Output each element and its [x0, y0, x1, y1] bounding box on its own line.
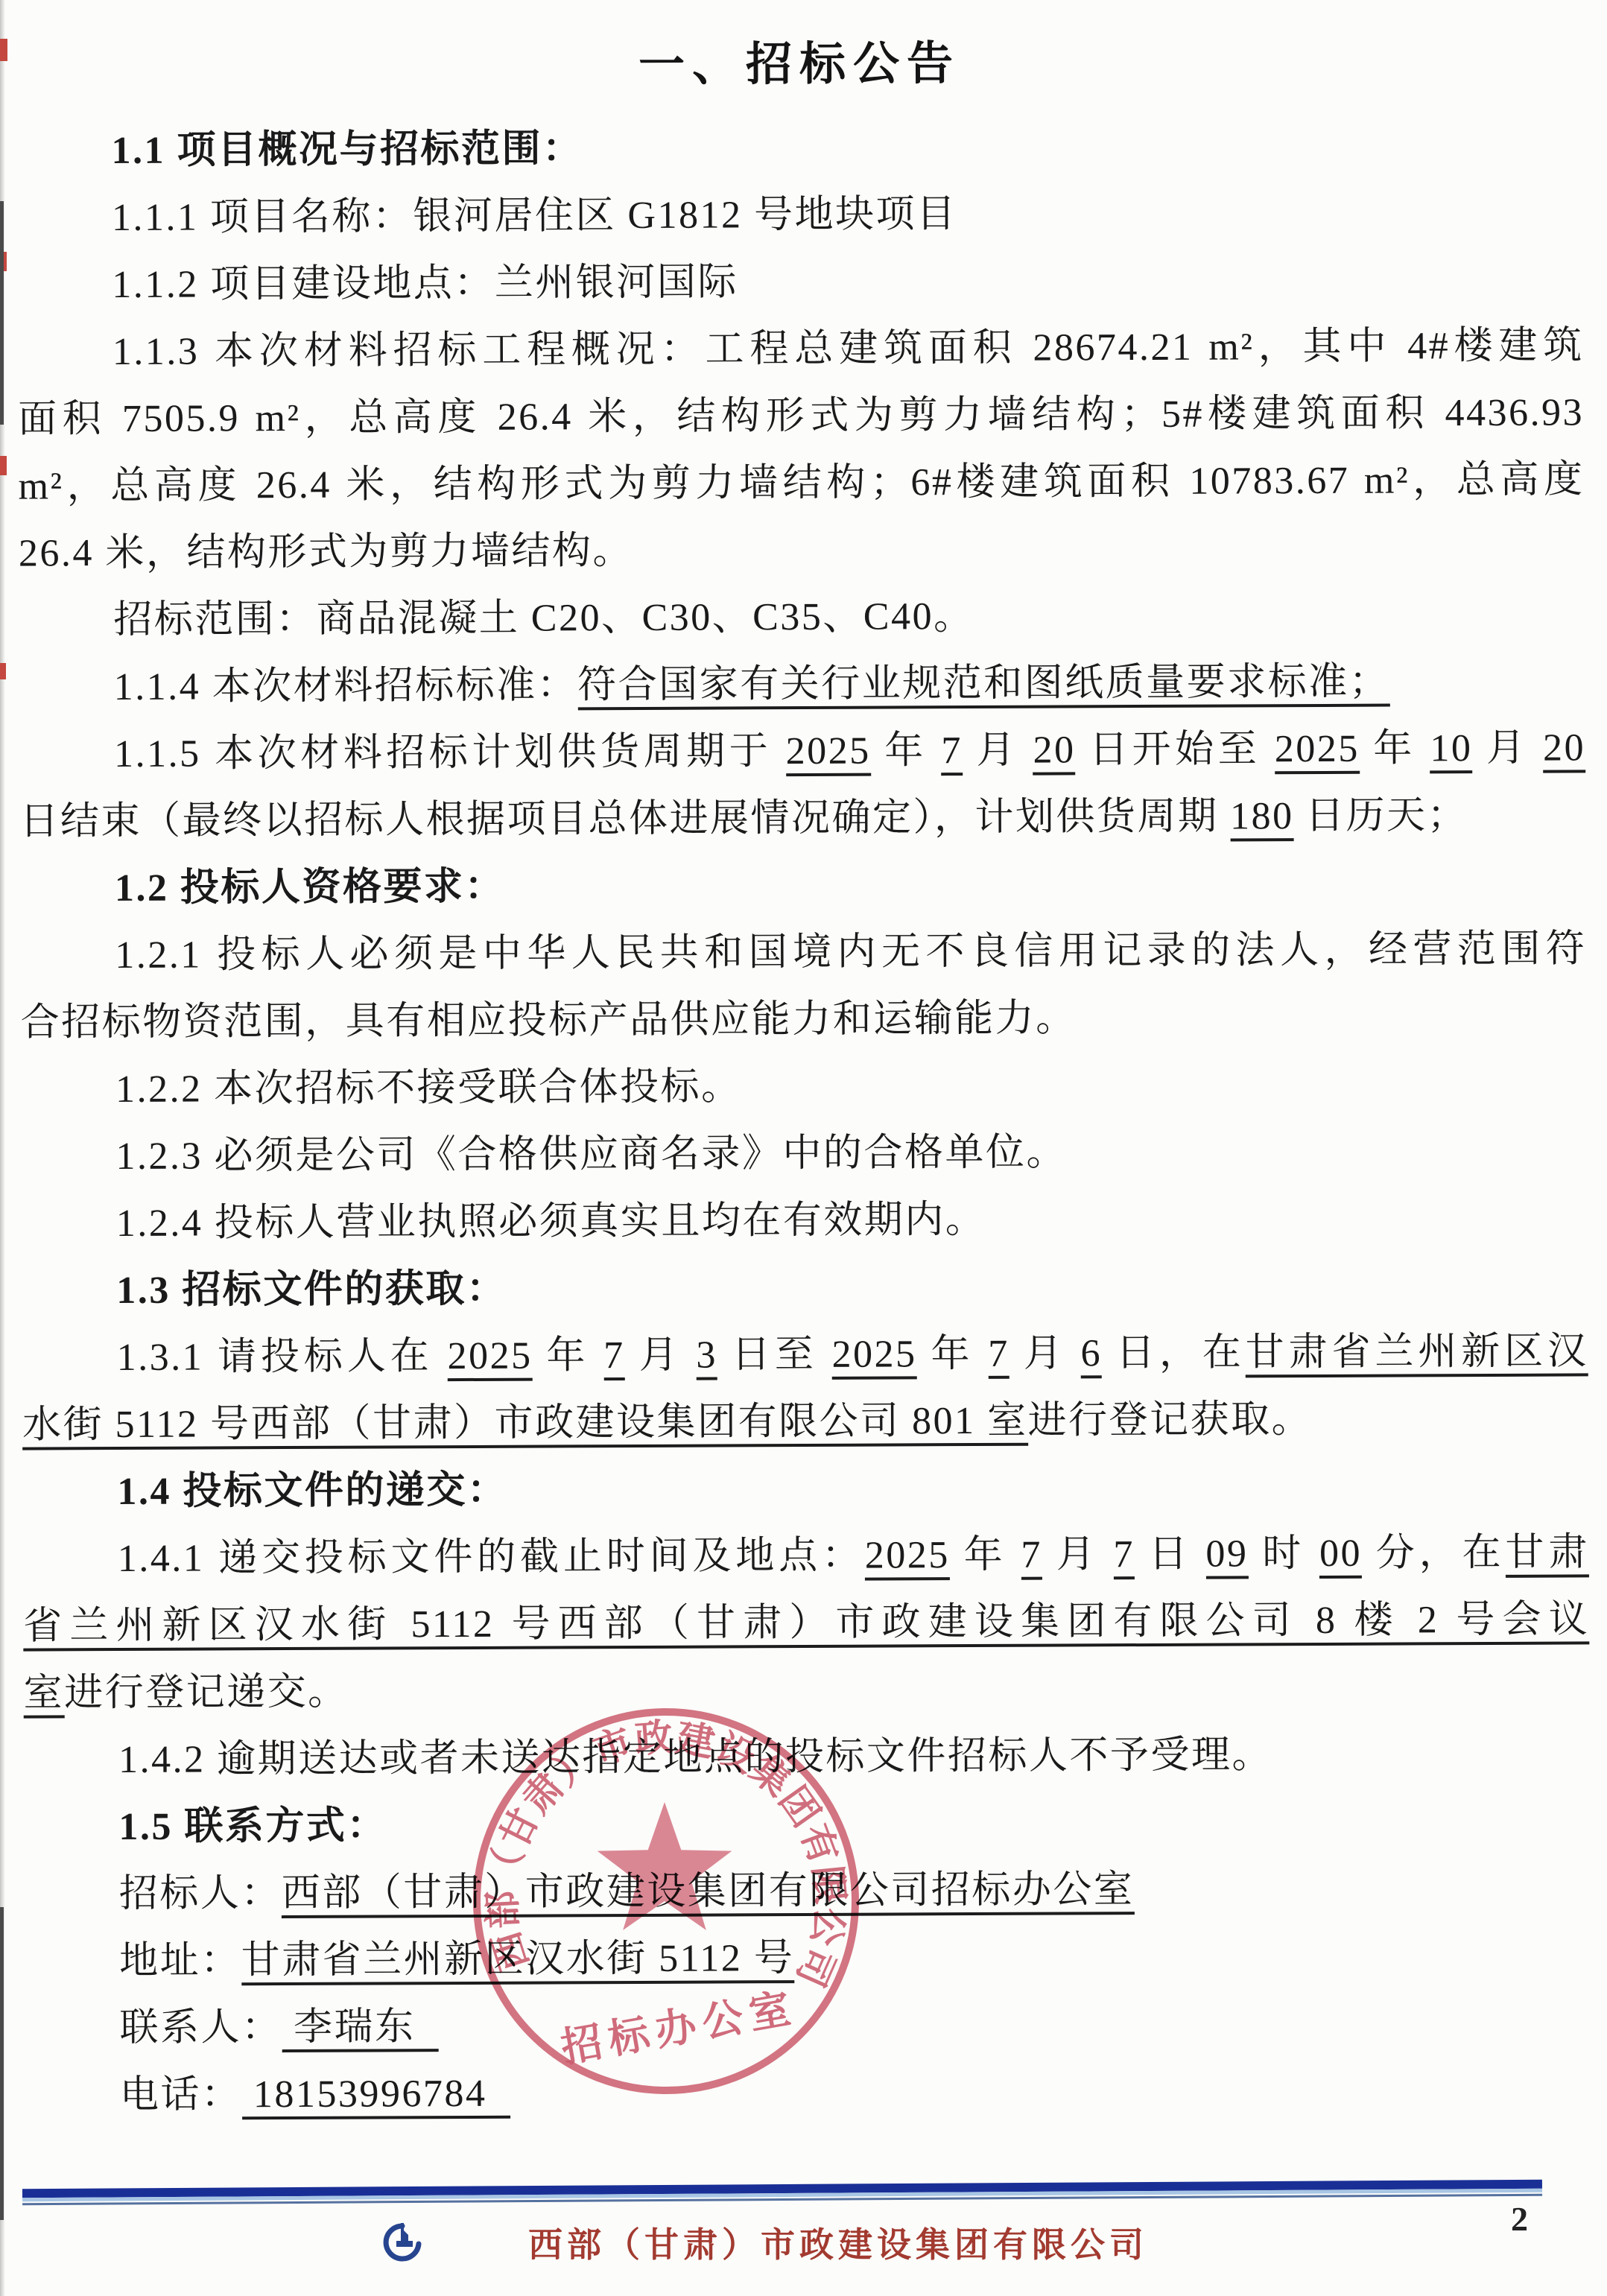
doc-line: 合招标物资范围，具有相应投标产品供应能力和运输能力。 — [20, 983, 1586, 1056]
field-label: 联系人： — [119, 2006, 282, 2049]
underlined-text-run: 甘肃省兰州新区汉 — [1246, 1330, 1588, 1377]
doc-line: 1.2.3 必须是公司《合格供应商名录》中的合格单位。 — [21, 1117, 1587, 1190]
doc-line: 1.4.1 递交投标文件的截止时间及地点：2025 年 7 月 7 日 09 时… — [23, 1519, 1589, 1593]
section-heading: 1.1 项目概况与招标范围： — [16, 111, 1582, 185]
underlined-text-run: 7 — [941, 729, 963, 776]
document-body: 1.1 项目概况与招标范围： 1.1.1 项目名称：银河居住区 G1812 号地… — [16, 111, 1591, 2129]
underlined-text-run: 7 — [1021, 1534, 1042, 1580]
text-run: 时 — [1248, 1532, 1319, 1575]
text-run: 分，在 — [1362, 1532, 1506, 1575]
text-run: 年 — [950, 1534, 1021, 1576]
text-run: 1.1 项目概况与招标范围： — [111, 127, 583, 172]
section-heading: 1.5 联系方式： — [24, 1787, 1590, 1861]
text-run: 月 — [625, 1334, 697, 1377]
doc-line: 招标范围：商品混凝土 C20、C30、C35、C40。 — [19, 580, 1585, 654]
text-run: 进行登记获取。 — [1027, 1398, 1312, 1442]
text-run: 1.1.1 项目名称：银河居住区 G1812 号地块项目 — [112, 193, 957, 239]
scan-artifact-red-tick — [0, 456, 7, 475]
text-run: 1.1.3 本次材料招标工程概况：工程总建筑面积 28674.21 m²，其中 … — [112, 324, 1584, 373]
contact-person-line: 联系人： 李瑞东 — [25, 1988, 1591, 2062]
underlined-text-run: 2025 — [447, 1335, 532, 1381]
text-run: 月 — [1009, 1332, 1081, 1374]
company-logo-icon — [378, 2219, 426, 2266]
section-heading: 1.4 投标文件的递交： — [22, 1452, 1588, 1526]
document-content: 一、招标公告 1.1 项目概况与招标范围： 1.1.1 项目名称：银河居住区 G… — [16, 23, 1591, 2129]
text-run: 日至 — [717, 1333, 832, 1377]
doc-line: 1.1.4 本次材料招标标准：符合国家有关行业规范和图纸质量要求标准； — [19, 647, 1585, 721]
scan-artifact-red-tick — [0, 39, 7, 61]
field-label: 电话： — [120, 2073, 242, 2116]
text-run: 月 — [963, 729, 1033, 772]
contact-phone-line: 电话： 18153996784 — [25, 2055, 1591, 2129]
text-run: 月 — [1472, 727, 1543, 770]
doc-line: 1.2.2 本次招标不接受联合体投标。 — [21, 1050, 1587, 1123]
doc-line: 面积 7505.9 m²，总高度 26.4 米，结构形式为剪力墙结构；5#楼建筑… — [18, 379, 1584, 453]
underlined-text-run: 00 — [1319, 1532, 1362, 1579]
underlined-text-run: 水街 5112 号西部（甘肃）市政建设集团有限公司 801 室 — [22, 1400, 1028, 1450]
underlined-text-run: 符合国家有关行业规范和图纸质量要求标准； — [577, 661, 1389, 711]
text-run: 日历天； — [1293, 794, 1468, 837]
text-run: 进行登记递交。 — [64, 1671, 349, 1715]
underlined-text-run: 西部（甘肃）市政建设集团有限公司招标办公室 — [282, 1868, 1135, 1918]
scanned-document-page: 一、招标公告 1.1 项目概况与招标范围： 1.1.1 项目名称：银河居住区 G… — [0, 0, 1607, 2296]
text-run: 日，在 — [1102, 1331, 1246, 1374]
text-run: 1.2.4 投标人营业执照必须真实且均在有效期内。 — [116, 1199, 986, 1245]
doc-line: 1.3.1 请投标人在 2025 年 7 月 3 日至 2025 年 7 月 6… — [22, 1318, 1588, 1392]
underlined-text-run: 2025 — [1275, 728, 1360, 774]
text-run: 1.2.1 投标人必须是中华人民共和国境内无不良信用记录的法人，经营范围符 — [115, 927, 1586, 977]
underlined-text-run: 7 — [603, 1334, 625, 1380]
contact-tenderer-line: 招标人：西部（甘肃）市政建设集团有限公司招标办公室 — [25, 1854, 1591, 1928]
text-run: 1.4.2 逾期送达或者未送达指定地点的投标文件招标人不予受理。 — [118, 1734, 1272, 1781]
underlined-text-run: 20 — [1033, 729, 1075, 775]
text-run: 26.4 米，结构形式为剪力墙结构。 — [19, 530, 633, 575]
underlined-text-run: 2025 — [786, 730, 871, 776]
text-run: 年 — [916, 1333, 988, 1375]
underlined-text-run: 7 — [1113, 1533, 1135, 1579]
doc-line: 1.1.3 本次材料招标工程概况：工程总建筑面积 28674.21 m²，其中 … — [18, 312, 1584, 386]
text-run: 1.4.1 递交投标文件的截止时间及地点： — [118, 1535, 865, 1580]
underlined-text-run: 180 — [1230, 795, 1294, 841]
underlined-text-run: 7 — [988, 1333, 1009, 1379]
doc-line: 室进行登记递交。 — [23, 1653, 1589, 1727]
underlined-text-run: 2025 — [831, 1333, 916, 1379]
section-heading: 1.3 招标文件的获取： — [22, 1251, 1588, 1325]
scan-artifact-dark-edge — [0, 201, 4, 425]
doc-line: 26.4 米，结构形式为剪力墙结构。 — [19, 513, 1585, 587]
doc-line: 日结束（最终以招标人根据项目总体进展情况确定），计划供货周期 180 日历天； — [19, 781, 1585, 855]
underlined-text-run: 18153996784 — [241, 2073, 510, 2120]
text-run: 1.1.5 本次材料招标计划供货周期于 — [114, 730, 786, 776]
text-run: 1.3 招标文件的获取： — [116, 1268, 507, 1312]
field-label: 地址： — [119, 1939, 241, 1982]
text-run: 1.1.4 本次材料招标标准： — [114, 664, 578, 708]
text-run: 年 — [871, 729, 942, 772]
underlined-text-run: 省兰州新区汉水街 5112 号西部（甘肃）市政建设集团有限公司 8 楼 2 号会… — [23, 1598, 1589, 1651]
doc-line: 1.2.4 投标人营业执照必须真实且均在有效期内。 — [22, 1184, 1588, 1258]
text-run: 1.5 联系方式： — [118, 1804, 387, 1848]
underlined-text-run: 甘肃省兰州新区汉水街 5112 号 — [241, 1937, 795, 1985]
text-run: m²，总高度 26.4 米，结构形式为剪力墙结构；6#楼建筑面积 10783.6… — [18, 458, 1584, 507]
text-run: 日开始至 — [1075, 728, 1275, 771]
text-run: 1.2.2 本次招标不接受联合体投标。 — [115, 1065, 742, 1111]
text-run: 1.2.3 必须是公司《合格供应商名录》中的合格单位。 — [115, 1131, 1067, 1178]
doc-line: m²，总高度 26.4 米，结构形式为剪力墙结构；6#楼建筑面积 10783.6… — [18, 446, 1584, 520]
text-run: 日结束（最终以招标人根据项目总体进展情况确定），计划供货周期 — [19, 796, 1230, 843]
scan-artifact-red-tick — [0, 663, 6, 679]
scan-artifact-dark-edge — [0, 1907, 4, 2220]
page-number: 2 — [1511, 2199, 1528, 2239]
underlined-text-run: 09 — [1205, 1532, 1248, 1579]
footer-rule — [22, 2180, 1542, 2205]
field-label: 招标人： — [119, 1872, 282, 1915]
underlined-text-run: 甘肃 — [1505, 1531, 1589, 1577]
text-run: 1.1.2 项目建设地点：兰州银河国际 — [112, 261, 738, 306]
doc-line: 1.2.1 投标人必须是中华人民共和国境内无不良信用记录的法人，经营范围符 — [20, 916, 1586, 989]
underlined-text-run: 2025 — [865, 1534, 950, 1580]
underlined-text-run: 6 — [1080, 1332, 1102, 1378]
text-run: 日 — [1135, 1533, 1206, 1576]
footer-company-name: 西部（甘肃）市政建设集团有限公司 — [484, 2223, 1192, 2268]
underlined-text-run: 室 — [23, 1672, 64, 1718]
text-run: 招标范围：商品混凝土 C20、C30、C35、C40。 — [113, 595, 974, 641]
text-run: 月 — [1042, 1533, 1114, 1576]
text-run: 年 — [532, 1334, 603, 1377]
text-run: 年 — [1360, 727, 1430, 770]
doc-line: 1.1.5 本次材料招标计划供货周期于 2025 年 7 月 20 日开始至 2… — [19, 714, 1585, 788]
text-run: 1.3.1 请投标人在 — [117, 1335, 448, 1379]
doc-line: 省兰州新区汉水街 5112 号西部（甘肃）市政建设集团有限公司 8 楼 2 号会… — [23, 1586, 1589, 1660]
page-title: 一、招标公告 — [16, 23, 1582, 106]
doc-line: 水街 5112 号西部（甘肃）市政建设集团有限公司 801 室进行登记获取。 — [22, 1385, 1588, 1459]
section-heading: 1.2 投标人资格要求： — [20, 849, 1586, 922]
doc-line: 1.4.2 逾期送达或者未送达指定地点的投标文件招标人不予受理。 — [24, 1720, 1590, 1794]
text-run: 1.4 投标文件的递交： — [117, 1469, 507, 1513]
underlined-text-run: 20 — [1543, 726, 1585, 773]
text-run: 面积 7505.9 m²，总高度 26.4 米，结构形式为剪力墙结构；5#楼建筑… — [18, 391, 1584, 440]
doc-line: 1.1.1 项目名称：银河居住区 G1812 号地块项目 — [17, 178, 1583, 252]
underlined-text-run: 10 — [1430, 727, 1472, 773]
underlined-text-run: 3 — [696, 1334, 717, 1380]
text-run: 1.2 投标人资格要求： — [115, 866, 505, 910]
underlined-text-run: 李瑞东 — [282, 2005, 438, 2052]
contact-address-line: 地址：甘肃省兰州新区汉水街 5112 号 — [25, 1921, 1591, 1995]
doc-line: 1.1.2 项目建设地点：兰州银河国际 — [17, 245, 1583, 319]
text-run: 合招标物资范围，具有相应投标产品供应能力和运输能力。 — [21, 997, 1077, 1044]
